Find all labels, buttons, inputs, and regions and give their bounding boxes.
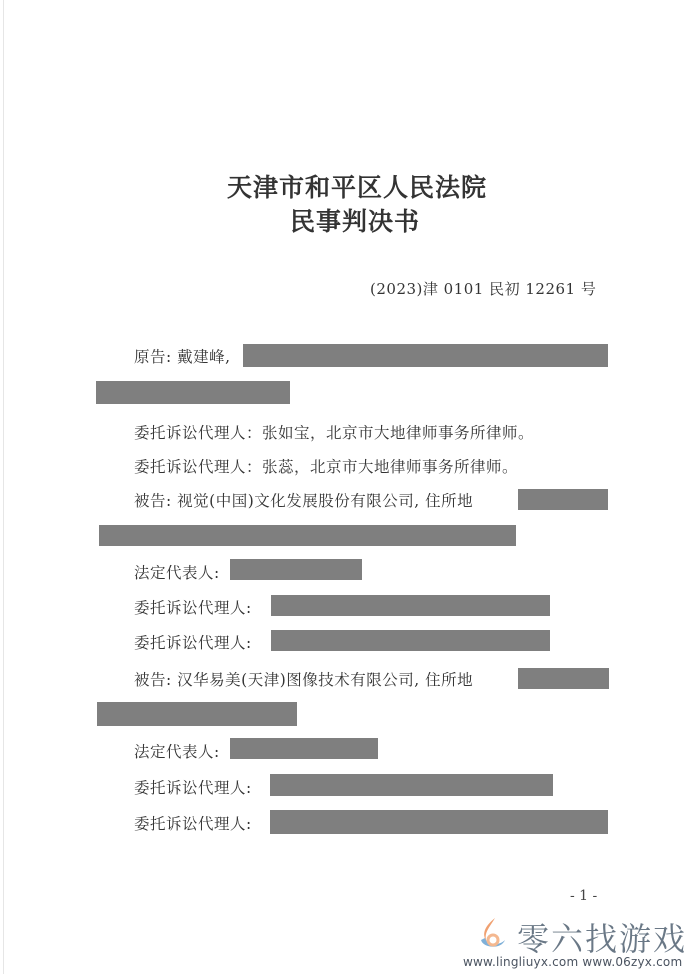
- redaction-block: [271, 595, 550, 616]
- document-page: 天津市和平区人民法院 民事判决书 (2023)津 0101 民初 12261 号…: [0, 0, 690, 974]
- watermark-url: www.lingliuyx.com www.06zyx.com: [463, 955, 682, 969]
- defendant1-legal-rep: 法定代表人:: [134, 561, 220, 583]
- page-number: - 1 -: [570, 888, 597, 904]
- redaction-block: [99, 525, 516, 546]
- defendant1-agent-1: 委托诉讼代理人:: [134, 596, 252, 618]
- defendant2-agent-1: 委托诉讼代理人:: [134, 776, 252, 798]
- redaction-block: [97, 702, 297, 726]
- redaction-block: [271, 630, 550, 651]
- defendant2-legal-rep: 法定代表人:: [134, 740, 220, 762]
- document-type: 民事判决书: [10, 202, 690, 238]
- redaction-block: [243, 344, 608, 367]
- plaintiff-agent-2: 委托诉讼代理人：张蕊，北京市大地律师事务所律师。: [134, 455, 518, 477]
- redaction-block: [270, 774, 553, 796]
- redaction-block: [270, 810, 608, 834]
- scan-edge-line: [3, 0, 4, 974]
- redaction-block: [518, 489, 608, 510]
- redaction-block: [518, 668, 609, 689]
- redaction-block: [230, 559, 362, 580]
- redaction-block: [96, 381, 290, 404]
- redaction-block: [230, 738, 378, 759]
- defendant1-line: 被告: 视觉(中国)文化发展股份有限公司, 住所地: [134, 489, 473, 511]
- defendant2-agent-2: 委托诉讼代理人:: [134, 812, 252, 834]
- plaintiff-agent-1: 委托诉讼代理人：张如宝，北京市大地律师事务所律师。: [134, 421, 534, 443]
- plaintiff-line: 原告: 戴建峰,: [134, 345, 231, 367]
- watermark-title: 零六找游戏: [517, 914, 687, 960]
- watermark-logo-icon: [475, 916, 511, 956]
- court-name: 天津市和平区人民法院: [12, 168, 690, 204]
- case-number: (2023)津 0101 民初 12261 号: [370, 278, 596, 299]
- defendant2-line: 被告: 汉华易美(天津)图像技术有限公司, 住所地: [134, 668, 473, 690]
- defendant1-agent-2: 委托诉讼代理人:: [134, 631, 252, 653]
